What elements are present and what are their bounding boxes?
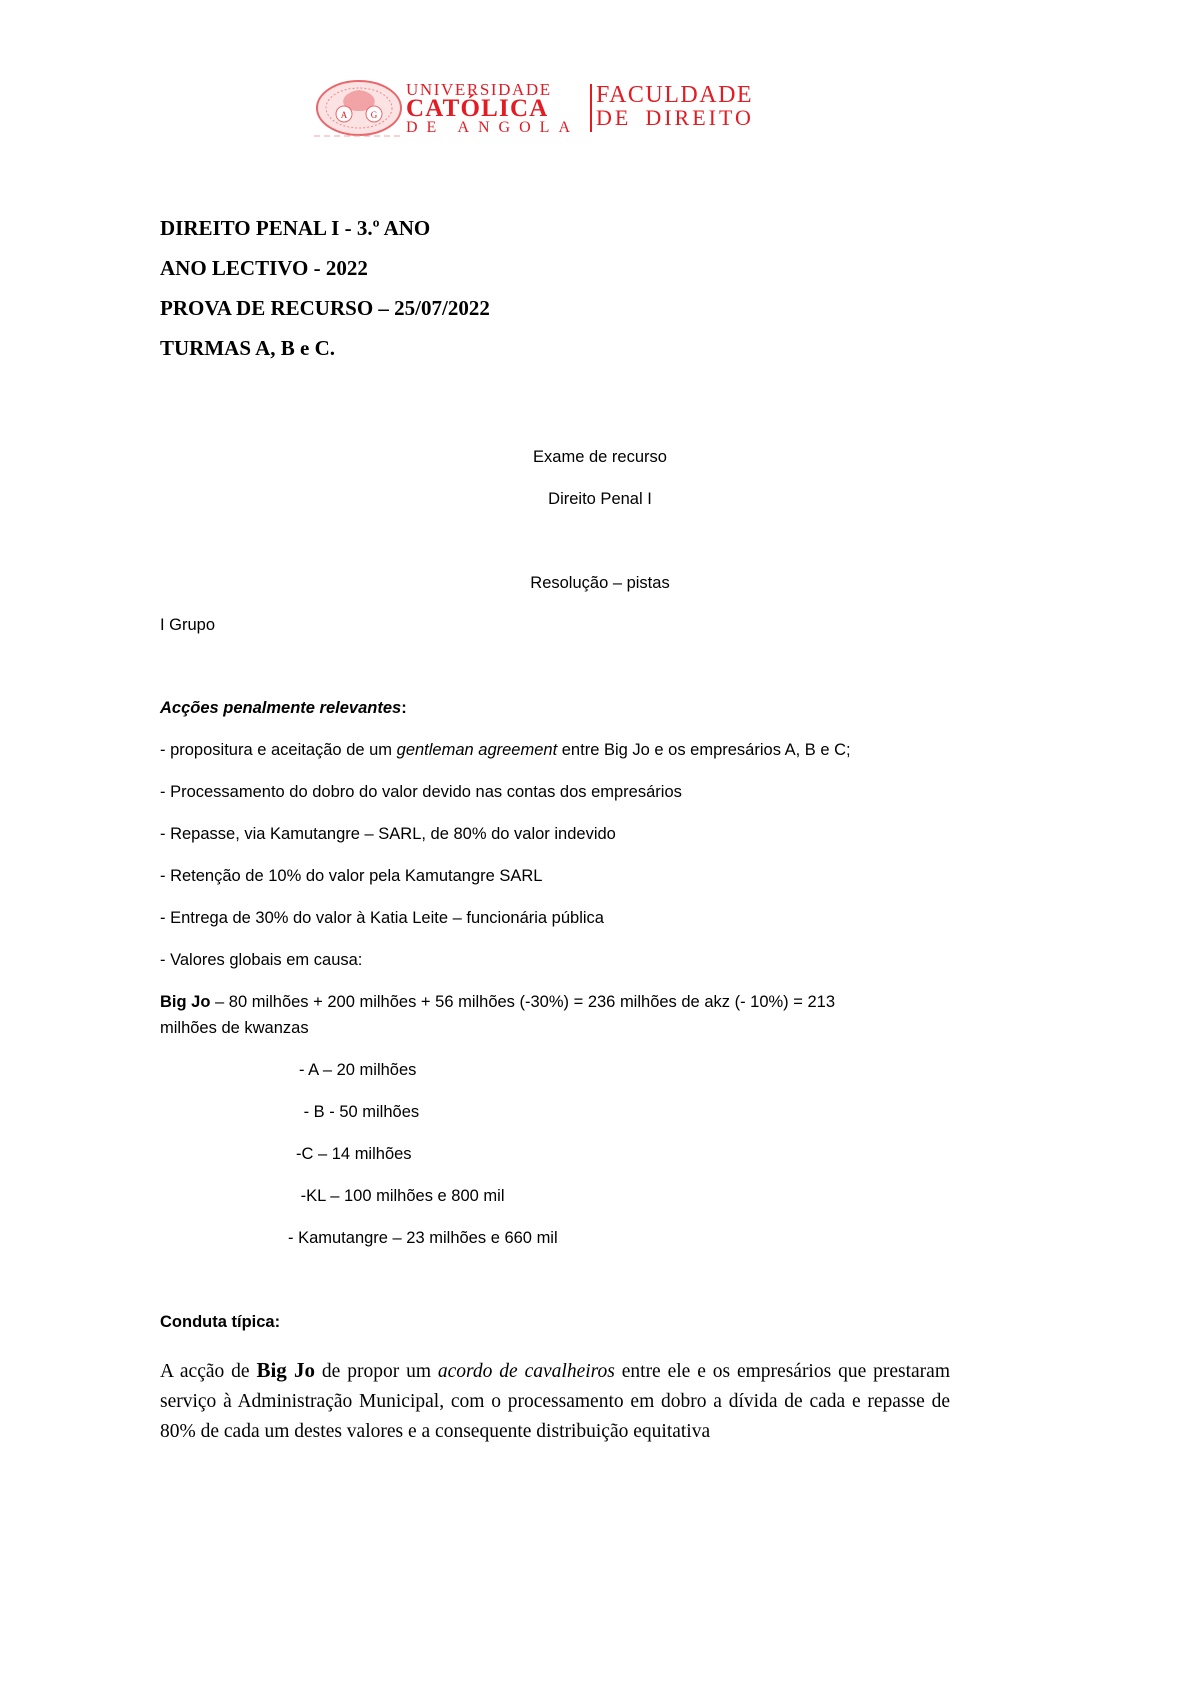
university-seal-icon: A G [314,78,404,140]
action-item: - Repasse, via Kamutangre – SARL, de 80%… [160,825,616,844]
svg-text:G: G [371,110,378,120]
conduct-paragraph: A acção de Big Jo de propor um acordo de… [160,1355,950,1447]
conduct-heading: Conduta típica: [160,1313,280,1332]
exam-date: PROVA DE RECURSO – 25/07/2022 [160,295,490,335]
academic-year: ANO LECTIVO - 2022 [160,255,490,295]
global-values-line-cont: milhões de kwanzas [160,1019,309,1038]
breakdown-item-a: - A – 20 milhões [299,1061,416,1080]
logo-divider [590,84,592,132]
university-name: UNIVERSIDADE CATÓLICA DE ANGOLA [406,82,586,136]
action-item: - Entrega de 30% do valor à Katia Leite … [160,909,604,928]
action-item: - Valores globais em causa: [160,951,362,970]
faculty-name: FACULDADE DEDIREITO [596,84,754,130]
course-title: DIREITO PENAL I - 3.º ANO [160,215,490,255]
global-values-line: Big Jo – 80 milhões + 200 milhões + 56 m… [160,993,835,1012]
svg-text:A: A [341,110,348,120]
university-logo: A G UNIVERSIDADE CATÓLICA DE ANGOLA FACU… [300,70,810,148]
action-item: - Retenção de 10% do valor pela Kamutang… [160,867,542,886]
breakdown-item-b: - B - 50 milhões [299,1103,419,1122]
action-item: - Processamento do dobro do valor devido… [160,783,682,802]
exam-heading: Exame de recurso [0,448,1200,467]
breakdown-item-c: -C – 14 milhões [296,1145,412,1164]
resolution-heading: Resolução – pistas [0,574,1200,593]
breakdown-item-kamutangre: - Kamutangre – 23 milhões e 660 mil [288,1229,558,1248]
group-heading: I Grupo [160,616,215,635]
exam-subject: Direito Penal I [0,490,1200,509]
exam-title-block: DIREITO PENAL I - 3.º ANO ANO LECTIVO - … [160,215,490,375]
actions-heading: Acções penalmente relevantes: [160,699,407,718]
classes: TURMAS A, B e C. [160,335,490,375]
action-item: - propositura e aceitação de um gentlema… [160,741,851,760]
breakdown-item-kl: -KL – 100 milhões e 800 mil [296,1187,505,1206]
